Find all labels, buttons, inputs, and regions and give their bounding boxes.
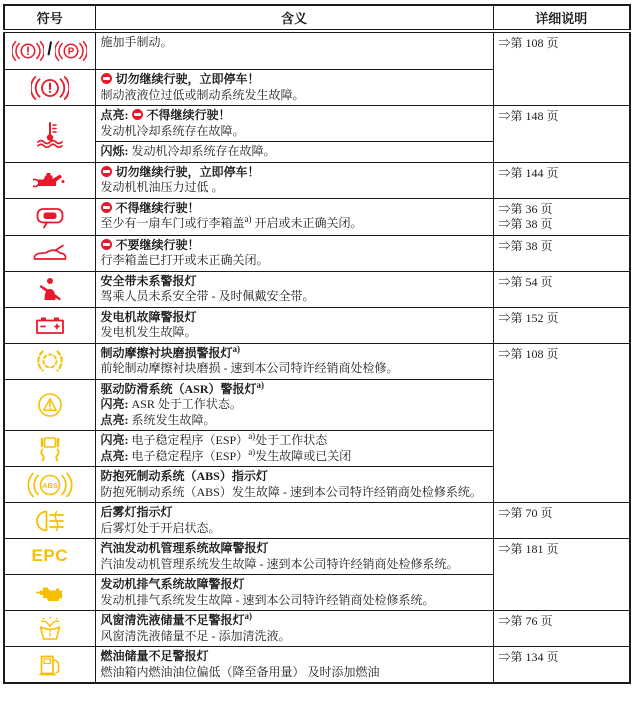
header-row: 符号 含义 详细说明 [4,5,630,31]
page-ref: ⇒第 36 页 [499,202,625,218]
meaning-text: 发动机冷却系统存在故障。 [132,144,276,158]
symbol-cell [4,611,95,647]
asr-warning-icon [37,392,63,418]
trunk-open-icon [32,241,68,265]
meaning-cell: 安全带未系警报灯 驾乘人员未系安全带 - 及时佩戴安全带。 [95,271,493,307]
meaning-cell: 切勿继续行驶，立即停车！ 发动机机油压力过低 。 [95,162,493,198]
symbol-cell [4,307,95,343]
stop-icon [101,202,112,213]
meaning-cell: 防抱死制动系统（ABS）指示灯 防抱死制动系统（ABS）发生故障 - 速到本公司… [95,467,493,503]
warning-title: 切勿继续行驶，立即停车！ [116,165,260,179]
row-rear-fog: 后雾灯指示灯 后雾灯处于开启状态。 ⇒第 70 页 [4,503,630,539]
meaning-text: 发动机机油压力过低 。 [101,180,224,194]
warning-title: 制动摩擦衬块磨损警报灯 [101,346,233,360]
page-ref: ⇒第 38 页 [499,239,625,255]
meaning-cell: 闪烁: 发动机冷却系统存在故障。 [95,142,493,163]
brake-warning-icon [31,75,69,101]
header-meaning: 含义 [95,5,493,31]
svg-text:ABS: ABS [42,480,58,489]
symbol-cell [4,106,95,163]
stop-icon [101,239,112,250]
epc-text: EPC [32,546,68,565]
symbol-cell [4,379,95,431]
warning-title: 燃油储量不足警报灯 [101,649,209,663]
svg-text:P: P [68,47,75,58]
meaning-text: 制动液液位过低或制动系统发生故障。 [101,88,305,102]
state-keyword: 点亮: [101,449,132,463]
meaning-text: 后雾灯处于开启状态。 [101,521,221,535]
meaning-cell: 点亮: 不得继续行驶！ 发动机冷却系统存在故障。 [95,106,493,142]
warning-title: 不要继续行驶！ [116,238,200,252]
symbol-cell [4,271,95,307]
symbol-cell [4,503,95,539]
ref-cell: ⇒第 54 页 [493,271,630,307]
symbol-cell [4,70,95,106]
row-brake-pads: 制动摩擦衬块磨损警报灯a) 前轮制动摩擦衬块磨损 - 速到本公司特许经销商处检修… [4,343,630,379]
meaning-text: 风窗清洗液储量不足 - 添加清洗液。 [101,629,291,643]
page-ref: ⇒第 134 页 [499,650,625,666]
rear-fog-icon [35,509,65,533]
page-ref: ⇒第 148 页 [499,109,625,125]
meaning-cell: 闪亮: 电子稳定程序（ESP）a)处于工作状态 点亮: 电子稳定程序（ESP）a… [95,431,493,467]
symbol-cell: ABS [4,467,95,503]
meaning-text: 施加手制动。 [101,35,173,49]
meaning-text: ASR 处于工作状态。 [132,397,242,411]
meaning-text: 电子稳定程序（ESP） [132,449,249,463]
esp-icon [36,435,64,463]
ref-cell: ⇒第 36 页 ⇒第 38 页 [493,198,630,235]
state-keyword: 闪亮: [101,433,132,447]
brake-warning-icon [12,40,44,62]
meaning-cell: 发动机排气系统故障警报灯 发动机排气系统发生故障 - 速到本公司特许经销商处检修… [95,575,493,611]
footnote-marker: a) [245,611,253,621]
meaning-text: 开启或未正确关闭。 [252,216,363,230]
ref-cell: ⇒第 108 页 [493,31,630,106]
warning-symbols-table: 符号 含义 详细说明 / P 施加手制动。 [3,4,631,684]
meaning-text: 防抱死制动系统（ABS）发生故障 - 速到本公司特许经销商处检修系统。 [101,485,482,499]
page-ref: ⇒第 152 页 [499,311,625,327]
meaning-cell: 发电机故障警报灯 发电机发生故障。 [95,307,493,343]
symbol-cell: / P [4,31,95,70]
meaning-text: 系统发生故障。 [132,413,216,427]
page-ref: ⇒第 108 页 [499,347,625,363]
oil-pressure-icon [33,168,67,192]
footnote-marker: a) [257,380,265,390]
symbol-cell [4,162,95,198]
header-symbol: 符号 [4,5,95,31]
page-ref: ⇒第 54 页 [499,275,625,291]
warning-title: 发动机排气系统故障警报灯 [101,577,245,591]
meaning-cell: 燃油储量不足警报灯 燃油箱内燃油油位偏低（降至备用量） 及时添加燃油 [95,647,493,684]
warning-title: 不得继续行驶！ [116,201,200,215]
meaning-text: 前轮制动摩擦衬块磨损 - 速到本公司特许经销商处检修。 [101,361,399,375]
row-epc: EPC 汽油发动机管理系统故障警报灯 汽油发动机管理系统发生故障 - 速到本公司… [4,539,630,575]
row-washer-fluid: 风窗清洗液储量不足警报灯a) 风窗清洗液储量不足 - 添加清洗液。 ⇒第 76 … [4,611,630,647]
state-keyword: 点亮: [101,108,132,122]
symbol-cell [4,575,95,611]
warning-title: 后雾灯指示灯 [101,505,173,519]
meaning-text: 发动机冷却系统存在故障。 [101,124,245,138]
state-keyword: 闪亮: [101,397,132,411]
meaning-text: 驾乘人员未系安全带 - 及时佩戴安全带。 [101,289,315,303]
meaning-text: 燃油箱内燃油油位偏低（降至备用量） 及时添加燃油 [101,665,380,679]
ref-cell: ⇒第 108 页 [493,343,630,503]
parking-brake-icon: P [55,40,87,62]
coolant-temperature-icon [35,120,65,148]
stop-icon [101,73,112,84]
warning-title: 汽油发动机管理系统故障警报灯 [101,541,269,555]
meaning-text: 发生故障或已关闭 [255,449,351,463]
row-seatbelt: 安全带未系警报灯 驾乘人员未系安全带 - 及时佩戴安全带。 ⇒第 54 页 [4,271,630,307]
warning-title: 风窗清洗液储量不足警报灯 [101,613,245,627]
meaning-cell: 施加手制动。 [95,31,493,70]
ref-cell: ⇒第 134 页 [493,647,630,684]
page-ref: ⇒第 108 页 [499,36,625,52]
ref-cell: ⇒第 144 页 [493,162,630,198]
brake-pad-wear-icon [33,348,67,374]
meaning-cell: 制动摩擦衬块磨损警报灯a) 前轮制动摩擦衬块磨损 - 速到本公司特许经销商处检修… [95,343,493,379]
page-ref: ⇒第 144 页 [499,166,625,182]
footnote-marker: a) [245,214,252,224]
state-keyword: 点亮: [101,413,132,427]
battery-icon [34,314,66,336]
meaning-text: 至少有一扇车门或行李箱盖 [101,216,245,230]
symbol-cell [4,235,95,271]
ref-cell: ⇒第 181 页 [493,539,630,611]
meaning-cell: 汽油发动机管理系统故障警报灯 汽油发动机管理系统发生故障 - 速到本公司特许经销… [95,539,493,575]
fuel-pump-icon [37,652,63,678]
state-keyword: 闪烁: [101,144,132,158]
slash-separator: / [47,42,52,58]
warning-title: 驱动防滑系统（ASR）警报灯 [101,382,257,396]
row-trunk-open: 不要继续行驶！ 行李箱盖已打开或未正确关闭。 ⇒第 38 页 [4,235,630,271]
ref-cell: ⇒第 70 页 [493,503,630,539]
meaning-cell: 不要继续行驶！ 行李箱盖已打开或未正确关闭。 [95,235,493,271]
row-fuel: 燃油储量不足警报灯 燃油箱内燃油油位偏低（降至备用量） 及时添加燃油 ⇒第 13… [4,647,630,684]
row-alternator: 发电机故障警报灯 发电机发生故障。 ⇒第 152 页 [4,307,630,343]
stop-icon [101,166,112,177]
warning-title: 发电机故障警报灯 [101,310,197,324]
symbol-cell [4,647,95,684]
meaning-text: 汽油发动机管理系统发生故障 - 速到本公司特许经销商处检修系统。 [101,557,459,571]
page-ref: ⇒第 76 页 [499,614,625,630]
seatbelt-icon [37,276,63,302]
header-details: 详细说明 [493,5,630,31]
symbol-cell: EPC [4,539,95,575]
page-ref: ⇒第 70 页 [499,506,625,522]
meaning-cell: 驱动防滑系统（ASR）警报灯a) 闪亮: ASR 处于工作状态。 点亮: 系统发… [95,379,493,431]
ref-cell: ⇒第 38 页 [493,235,630,271]
abs-icon: ABS [27,472,73,498]
meaning-text: 行李箱盖已打开或未正确关闭。 [101,253,269,267]
page-ref: ⇒第 38 页 [499,217,625,233]
meaning-text: 处于工作状态 [255,433,327,447]
washer-fluid-icon [36,616,64,642]
meaning-cell: 风窗清洗液储量不足警报灯a) 风窗清洗液储量不足 - 添加清洗液。 [95,611,493,647]
symbol-cell [4,431,95,467]
footnote-marker: a) [233,344,241,354]
warning-title: 切勿继续行驶，立即停车！ [116,72,260,86]
warning-title: 不得继续行驶！ [147,108,231,122]
meaning-cell: 后雾灯指示灯 后雾灯处于开启状态。 [95,503,493,539]
row-handbrake: / P 施加手制动。 ⇒第 108 页 [4,31,630,70]
row-door-open: 不得继续行驶！ 至少有一扇车门或行李箱盖a) 开启或未正确关闭。 ⇒第 36 页… [4,198,630,235]
stop-icon [132,109,143,120]
meaning-cell: 不得继续行驶！ 至少有一扇车门或行李箱盖a) 开启或未正确关闭。 [95,198,493,235]
page-ref: ⇒第 181 页 [499,542,625,558]
meaning-text: 发动机排气系统发生故障 - 速到本公司特许经销商处检修系统。 [101,593,435,607]
meaning-text: 发电机发生故障。 [101,325,197,339]
check-engine-icon [33,582,67,604]
warning-title: 防抱死制动系统（ABS）指示灯 [101,469,268,483]
door-open-icon [33,204,67,230]
meaning-text: 电子稳定程序（ESP） [132,433,249,447]
symbol-cell [4,198,95,235]
ref-cell: ⇒第 152 页 [493,307,630,343]
warning-title: 安全带未系警报灯 [101,274,197,288]
row-oil-pressure: 切勿继续行驶，立即停车！ 发动机机油压力过低 。 ⇒第 144 页 [4,162,630,198]
row-coolant-lit: 点亮: 不得继续行驶！ 发动机冷却系统存在故障。 ⇒第 148 页 [4,106,630,142]
ref-cell: ⇒第 76 页 [493,611,630,647]
symbol-cell [4,343,95,379]
meaning-cell: 切勿继续行驶，立即停车！ 制动液液位过低或制动系统发生故障。 [95,70,493,106]
ref-cell: ⇒第 148 页 [493,106,630,163]
